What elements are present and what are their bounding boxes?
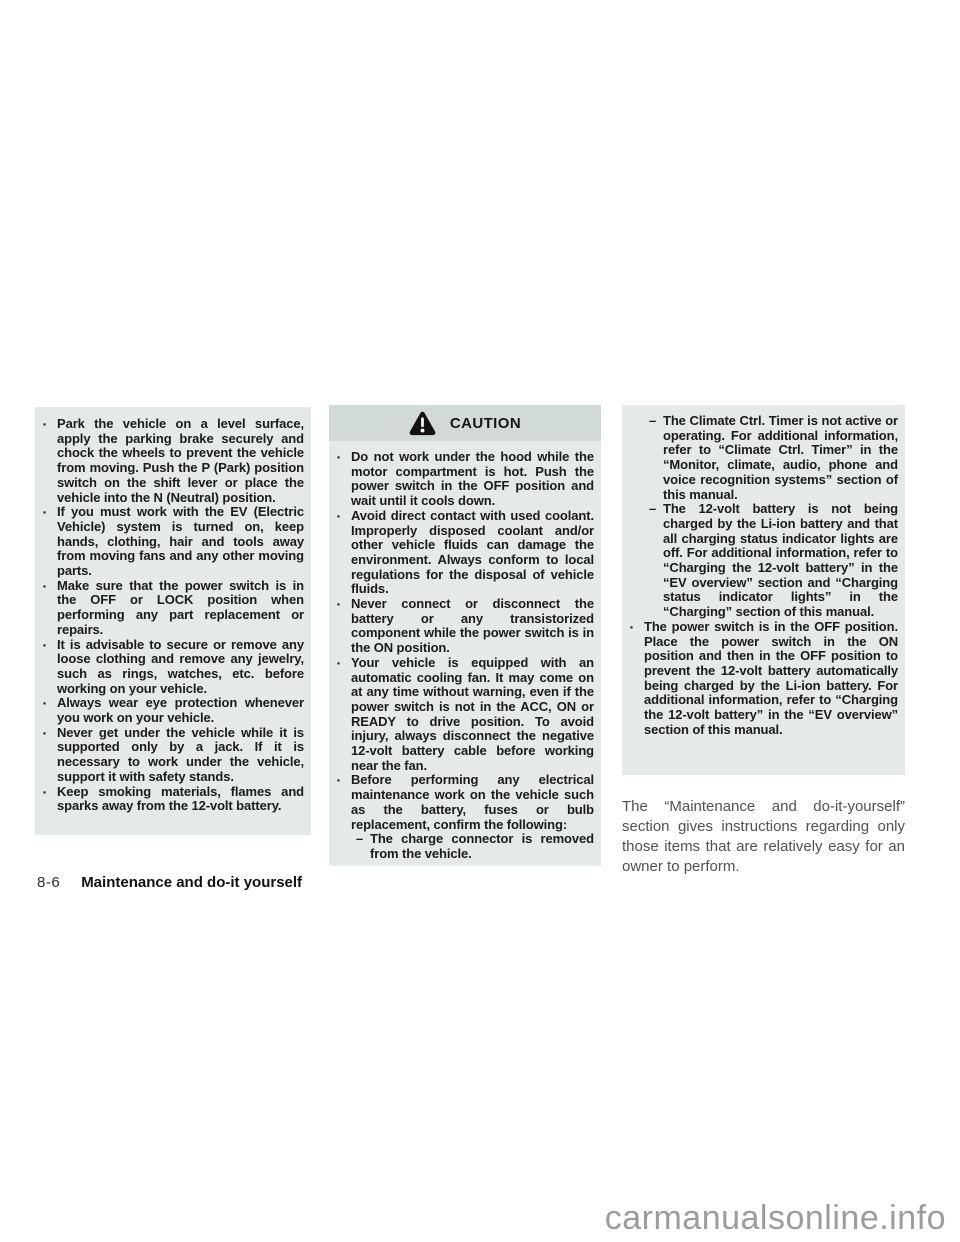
caution-panel: CAUTION ▪ Do not work under the hood whi… [329,405,601,866]
list-item: ▪ If you must work with the EV (Electric… [41,505,304,579]
list-item: ▪ Your vehicle is equipped with an autom… [335,656,594,774]
list-item-text: It is advisable to secure or remove any … [57,638,304,697]
list-item: – The charge connector is removed from t… [335,832,594,861]
bullet-marker: ▪ [335,509,351,524]
list-item: ▪ Park the vehicle on a level surface, a… [41,417,304,505]
bullet-marker: – [647,414,663,429]
list-item: ▪ Always wear eye protection whenever yo… [41,696,304,725]
list-item: ▪ It is advisable to secure or remove an… [41,638,304,697]
list-item-text: Keep smoking materials, flames and spark… [57,785,304,814]
caution-title: CAUTION [450,415,521,432]
bullet-marker: ▪ [335,597,351,612]
bullet-marker: ▪ [628,620,644,635]
list-item-text: Park the vehicle on a level surface, app… [57,417,304,505]
list-item-text: Never get under the vehicle while it is … [57,726,304,785]
list-item: ▪ Keep smoking materials, flames and spa… [41,785,304,814]
list-item-text: Never connect or disconnect the battery … [351,597,594,656]
bullet-marker: ▪ [41,638,57,653]
watermark: carmanualsonline.info [605,1199,946,1238]
caution-list: ▪ Do not work under the hood while the m… [329,441,601,862]
page-footer: 8-6 Maintenance and do-it yourself [37,874,302,891]
bullet-marker: ▪ [41,726,57,741]
list-item: ▪ The power switch is in the OFF positio… [628,620,898,738]
bullet-marker: ▪ [41,505,57,520]
safety-precautions-panel: ▪ Park the vehicle on a level surface, a… [35,407,311,835]
footer-section-title: Maintenance and do-it yourself [81,874,302,891]
page-number: 8-6 [37,874,60,891]
list-item-text: The charge connector is removed from the… [370,832,594,861]
list-item-text: Do not work under the hood while the mot… [351,450,594,509]
safety-precautions-list: ▪ Park the vehicle on a level surface, a… [41,417,304,814]
bullet-marker: – [354,832,370,847]
caution-header: CAUTION [329,405,601,441]
list-item-text: The power switch is in the OFF position.… [644,620,898,738]
bullet-marker: ▪ [41,579,57,594]
list-item-text: Always wear eye protection whenever you … [57,696,304,725]
bullet-marker: ▪ [41,785,57,800]
bullet-marker: ▪ [41,696,57,711]
list-item: ▪ Never get under the vehicle while it i… [41,726,304,785]
manual-page: ▪ Park the vehicle on a level surface, a… [0,0,960,1242]
bullet-marker: ▪ [335,656,351,671]
list-item: ▪ Never connect or disconnect the batter… [335,597,594,656]
list-item-text: Your vehicle is equipped with an automat… [351,656,594,774]
continuation-list: – The Climate Ctrl. Timer is not active … [628,414,898,737]
warning-triangle-icon [409,411,436,436]
list-item-text: Avoid direct contact with used coolant. … [351,509,594,597]
bullet-marker: – [647,502,663,517]
bullet-marker: ▪ [335,450,351,465]
list-item: – The 12-volt battery is not being charg… [628,502,898,620]
section-intro-paragraph: The “Maintenance and do-it-yourself” sec… [622,797,905,877]
list-item-text: If you must work with the EV (Electric V… [57,505,304,579]
checklist-continuation-panel: – The Climate Ctrl. Timer is not active … [622,405,905,775]
bullet-marker: ▪ [41,417,57,432]
list-item-text: The 12-volt battery is not being charged… [663,502,898,620]
bullet-marker: ▪ [335,773,351,788]
list-item: ▪ Before performing any electrical maint… [335,773,594,832]
list-item: – The Climate Ctrl. Timer is not active … [628,414,898,502]
list-item: ▪ Avoid direct contact with used coolant… [335,509,594,597]
list-item: ▪ Do not work under the hood while the m… [335,450,594,509]
list-item-text: The Climate Ctrl. Timer is not active or… [663,414,898,502]
list-item: ▪ Make sure that the power switch is in … [41,579,304,638]
list-item-text: Before performing any electrical mainten… [351,773,594,832]
list-item-text: Make sure that the power switch is in th… [57,579,304,638]
